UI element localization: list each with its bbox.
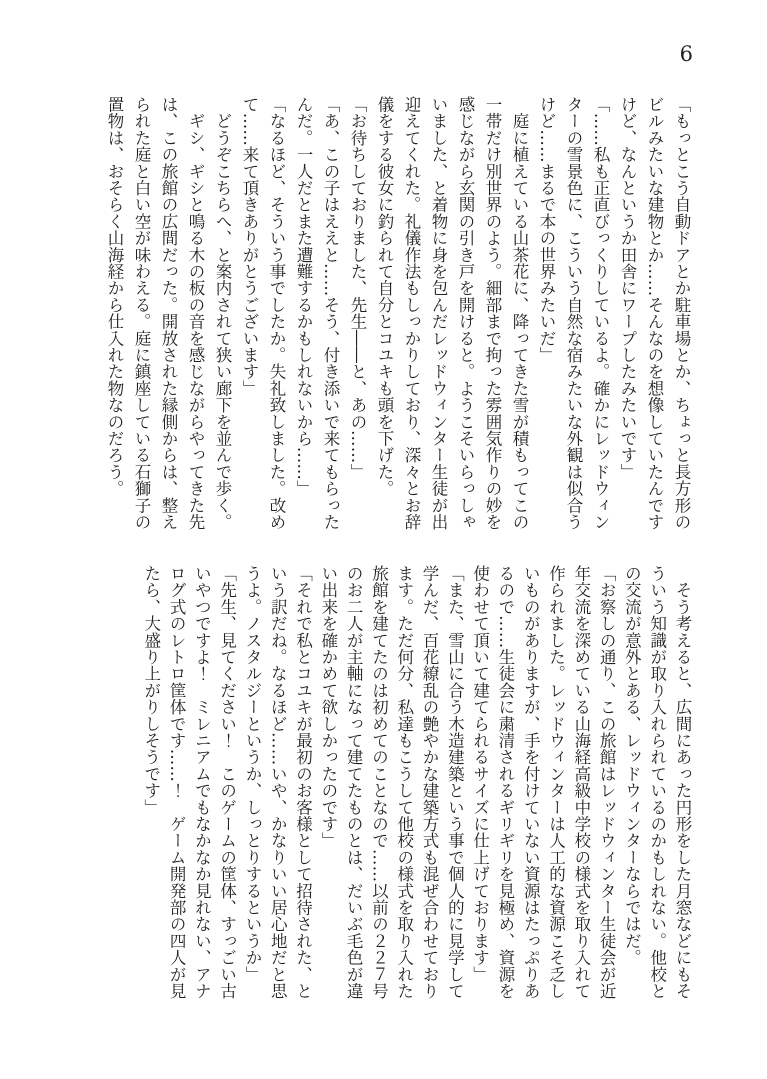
text-line: 「お察しの通り、この旅館はレッドウィンター生徒会が近 <box>594 565 619 1005</box>
text-line: けど、なんというか田舎にワープしたみたいです」 <box>614 96 641 536</box>
text-line: 感じながら玄関の引き戸を開けると。ようこそいらっしゃ <box>452 96 479 536</box>
text-line: どうぞこちらへ、と案内されて狭い廊下を並んで歩く。 <box>209 96 236 536</box>
text-line: ます。ただ何分、私達もこうして他校の様式を取り入れた <box>391 565 416 1005</box>
text-line: ギシ、ギシと鳴る木の板の音を感じながらやってきた先 <box>182 96 209 536</box>
text-line: 「なるほど、そういう事でしたか。失礼致しました。改め <box>263 96 290 536</box>
text-line: 迎えてくれた。礼儀作法もしっかりしており、深々とお辞 <box>398 96 425 536</box>
paragraph-block-bottom: そう考えると、広間にあった円形をした月窓などにもそういう知識が取り入れられている… <box>138 565 695 1005</box>
text-line: られた庭と白い空が味わえる。庭に鎮座している石獅子の <box>128 96 155 536</box>
text-line: 「……私も正直びっくりしているよ。確かにレッドウィン <box>587 96 614 536</box>
paragraph-block-top: 「もっとこう自動ドアとか駐車場とか、ちょっと長方形のビルみたいな建物とか……そん… <box>101 96 695 536</box>
text-line: て……来て頂きありがとうございます」 <box>236 96 263 536</box>
text-line: 学んだ、百花繚乱の艶やかな建築方式も混ぜ合わせており <box>417 565 442 1005</box>
text-line: 作られました。レッドウィンターは人工的な資源こそ乏し <box>543 565 568 1005</box>
text-line: んだ。一人だとまた遭難するかもしれないから……」 <box>290 96 317 536</box>
text-line: ビルみたいな建物とか……そんなのを想像していたんです <box>641 96 668 536</box>
text-line: るので……生徒会に粛清されるギリギリを見極め、資源を <box>493 565 518 1005</box>
text-line: たら、大盛り上がりしそうです」 <box>138 565 163 1005</box>
text-line: 「それで私とコユキが最初のお客様として招待された、と <box>290 565 315 1005</box>
text-line: 「先生、見てください！ このゲームの筐体、すっごい古 <box>214 565 239 1005</box>
text-line: いう訳だね。なるほど……いや、かなりいい居心地だと思 <box>265 565 290 1005</box>
text-line: いました、と着物に身を包んだレッドウィンター生徒が出 <box>425 96 452 536</box>
text-line: 「もっとこう自動ドアとか駐車場とか、ちょっと長方形の <box>668 96 695 536</box>
text-line: ログ式のレトロ筐体です……！ ゲーム開発部の四人が見 <box>164 565 189 1005</box>
text-line: うよ。ノスタルジーというか、しっとりするというか」 <box>240 565 265 1005</box>
text-line: い出来を確かめて欲しかったのです」 <box>316 565 341 1005</box>
text-line: けど……まるで本の世界みたいだ」 <box>533 96 560 536</box>
text-line: 「あ、この子はええと……そう、付き添いで来てもらった <box>317 96 344 536</box>
text-line: 儀をする彼女に釣られて自分とコユキも頭を下げた。 <box>371 96 398 536</box>
text-line: のお二人が主軸になって建てたものとは、だいぶ毛色が違 <box>341 565 366 1005</box>
text-line: 庭に植えている山茶花に、降ってきた雪が積もってこの <box>506 96 533 536</box>
text-line: そう考えると、広間にあった円形をした月窓などにもそ <box>670 565 695 1005</box>
page-number: 6 <box>680 44 693 65</box>
text-line: 置物は、おそらく山海経から仕入れた物なのだろう。 <box>101 96 128 536</box>
book-page: 6 「もっとこう自動ドアとか駐車場とか、ちょっと長方形のビルみたいな建物とか……… <box>0 0 767 1079</box>
text-line: 旅館を建てたのは初めてのことなので……以前の２２７号 <box>366 565 391 1005</box>
text-line: 一帯だけ別世界のよう。細部まで拘った雰囲気作りの妙を <box>479 96 506 536</box>
text-line: いやつですよ！ ミレニアムでもなかなか見れない、アナ <box>189 565 214 1005</box>
text-line: 「お待ちしておりました、先生――と、あの……」 <box>344 96 371 536</box>
text-line: の交流が意外とある、レッドウィンターならではだ。 <box>619 565 644 1005</box>
text-line: 使わせて頂いて建てられるサイズに仕上げております」 <box>467 565 492 1005</box>
text-line: いものがありますが、手を付けていない資源はたっぷりあ <box>518 565 543 1005</box>
text-line: 年交流を深めている山海経高級中学校の様式を取り入れて <box>569 565 594 1005</box>
text-line: は、この旅館の広間だった。開放された縁側からは、整え <box>155 96 182 536</box>
text-line: 「また、雪山に合う木造建築という事で個人的に見学して <box>442 565 467 1005</box>
text-line: ういう知識が取り入れられているのかもしれない。他校と <box>644 565 669 1005</box>
text-line: ターの雪景色に、こういう自然な宿みたいな外観は似合う <box>560 96 587 536</box>
